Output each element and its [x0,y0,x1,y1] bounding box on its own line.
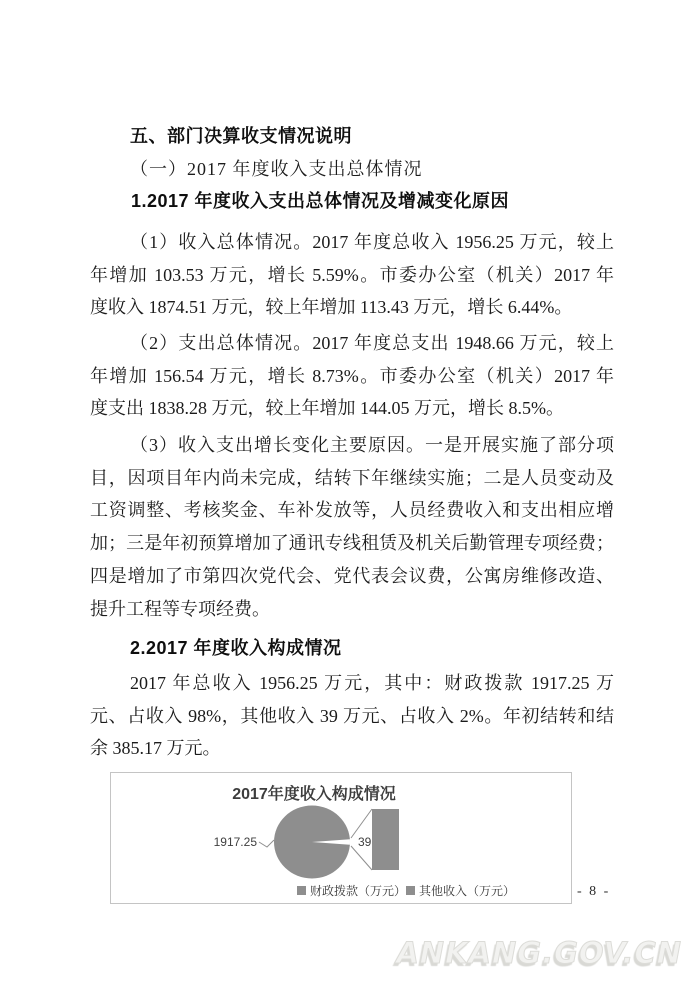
document-page: 五、部门决算收支情况说明 （一）2017 年度收入支出总体情况 1.2017 年… [0,0,700,990]
subsection-heading: （一）2017 年度收入支出总体情况 [130,157,423,181]
text-line: 四是增加了市第四次党代会、党代表会议费，公寓房维修改造、 [90,560,614,593]
legend-swatch-other [406,886,415,895]
text-line: （1）收入总体情况。2017 年度总收入 1956.25 万元，较上 [90,226,614,259]
text-line: 年增加 156.54 万元，增长 8.73%。市委办公室（机关）2017 年 [90,360,614,393]
text-line: （2）支出总体情况。2017 年度总支出 1948.66 万元，较上 [90,327,614,360]
pie-value-label: 1917.25 [214,835,258,849]
legend-swatch-fiscal [297,886,306,895]
connector-line-top [351,809,372,838]
text-line: 度收入 1874.51 万元，较上年增加 113.43 万元，增长 6.44%。 [90,291,614,324]
other-income-bar [372,809,399,870]
overall-heading: 1.2017 年度收入支出总体情况及增减变化原因 [131,189,509,213]
text-line: 余 385.17 万元。 [90,732,614,765]
section-heading: 五、部门决算收支情况说明 [130,124,352,148]
text-line: 年增加 103.53 万元，增长 5.59%。市委办公室（机关）2017 年 [90,259,614,292]
text-line: （3）收入支出增长变化主要原因。一是开展实施了部分项 [90,429,614,462]
text-line: 工资调整、考核奖金、车补发放等，人员经费收入和支出相应增 [90,494,614,527]
text-line: 度支出 1838.28 万元，较上年增加 144.05 万元，增长 8.5%。 [90,392,614,425]
expense-paragraph: （2）支出总体情况。2017 年度总支出 1948.66 万元，较上 年增加 1… [90,327,614,425]
watermark: ANKANG.GOV.CN [396,936,682,970]
text-line: 目，因项目年内尚未完成，结转下年继续实施；二是人员变动及 [90,462,614,495]
legend-label-fiscal: 财政拨款（万元） [310,883,406,898]
legend-label-other: 其他收入（万元） [419,883,515,898]
text-line: 2017 年总收入 1956.25 万元，其中：财政拨款 1917.25 万 [90,667,614,700]
composition-heading: 2.2017 年度收入构成情况 [130,636,342,660]
bar-value-label: 39 [358,835,372,849]
text-line: 提升工程等专项经费。 [90,593,614,626]
chart-title: 2017年度收入构成情况 [232,784,396,803]
label-leader-line [259,840,274,847]
text-line: 加；三是年初预算增加了通讯专线租赁及机关后勤管理专项经费； [90,527,614,560]
connector-line-bottom [351,846,372,870]
income-composition-chart: 2017年度收入构成情况 1917.25 39 财政拨款（万元） 其他收入（万元… [110,772,572,904]
reasons-paragraph: （3）收入支出增长变化主要原因。一是开展实施了部分项 目，因项目年内尚未完成，结… [90,429,614,625]
page-number: - 8 - [577,884,610,900]
text-line: 元、占收入 98%，其他收入 39 万元、占收入 2%。年初结转和结 [90,700,614,733]
income-paragraph: （1）收入总体情况。2017 年度总收入 1956.25 万元，较上 年增加 1… [90,226,614,324]
bar-of-pie-chart: 2017年度收入构成情况 1917.25 39 财政拨款（万元） 其他收入（万元… [111,773,571,903]
composition-paragraph: 2017 年总收入 1956.25 万元，其中：财政拨款 1917.25 万 元… [90,667,614,765]
